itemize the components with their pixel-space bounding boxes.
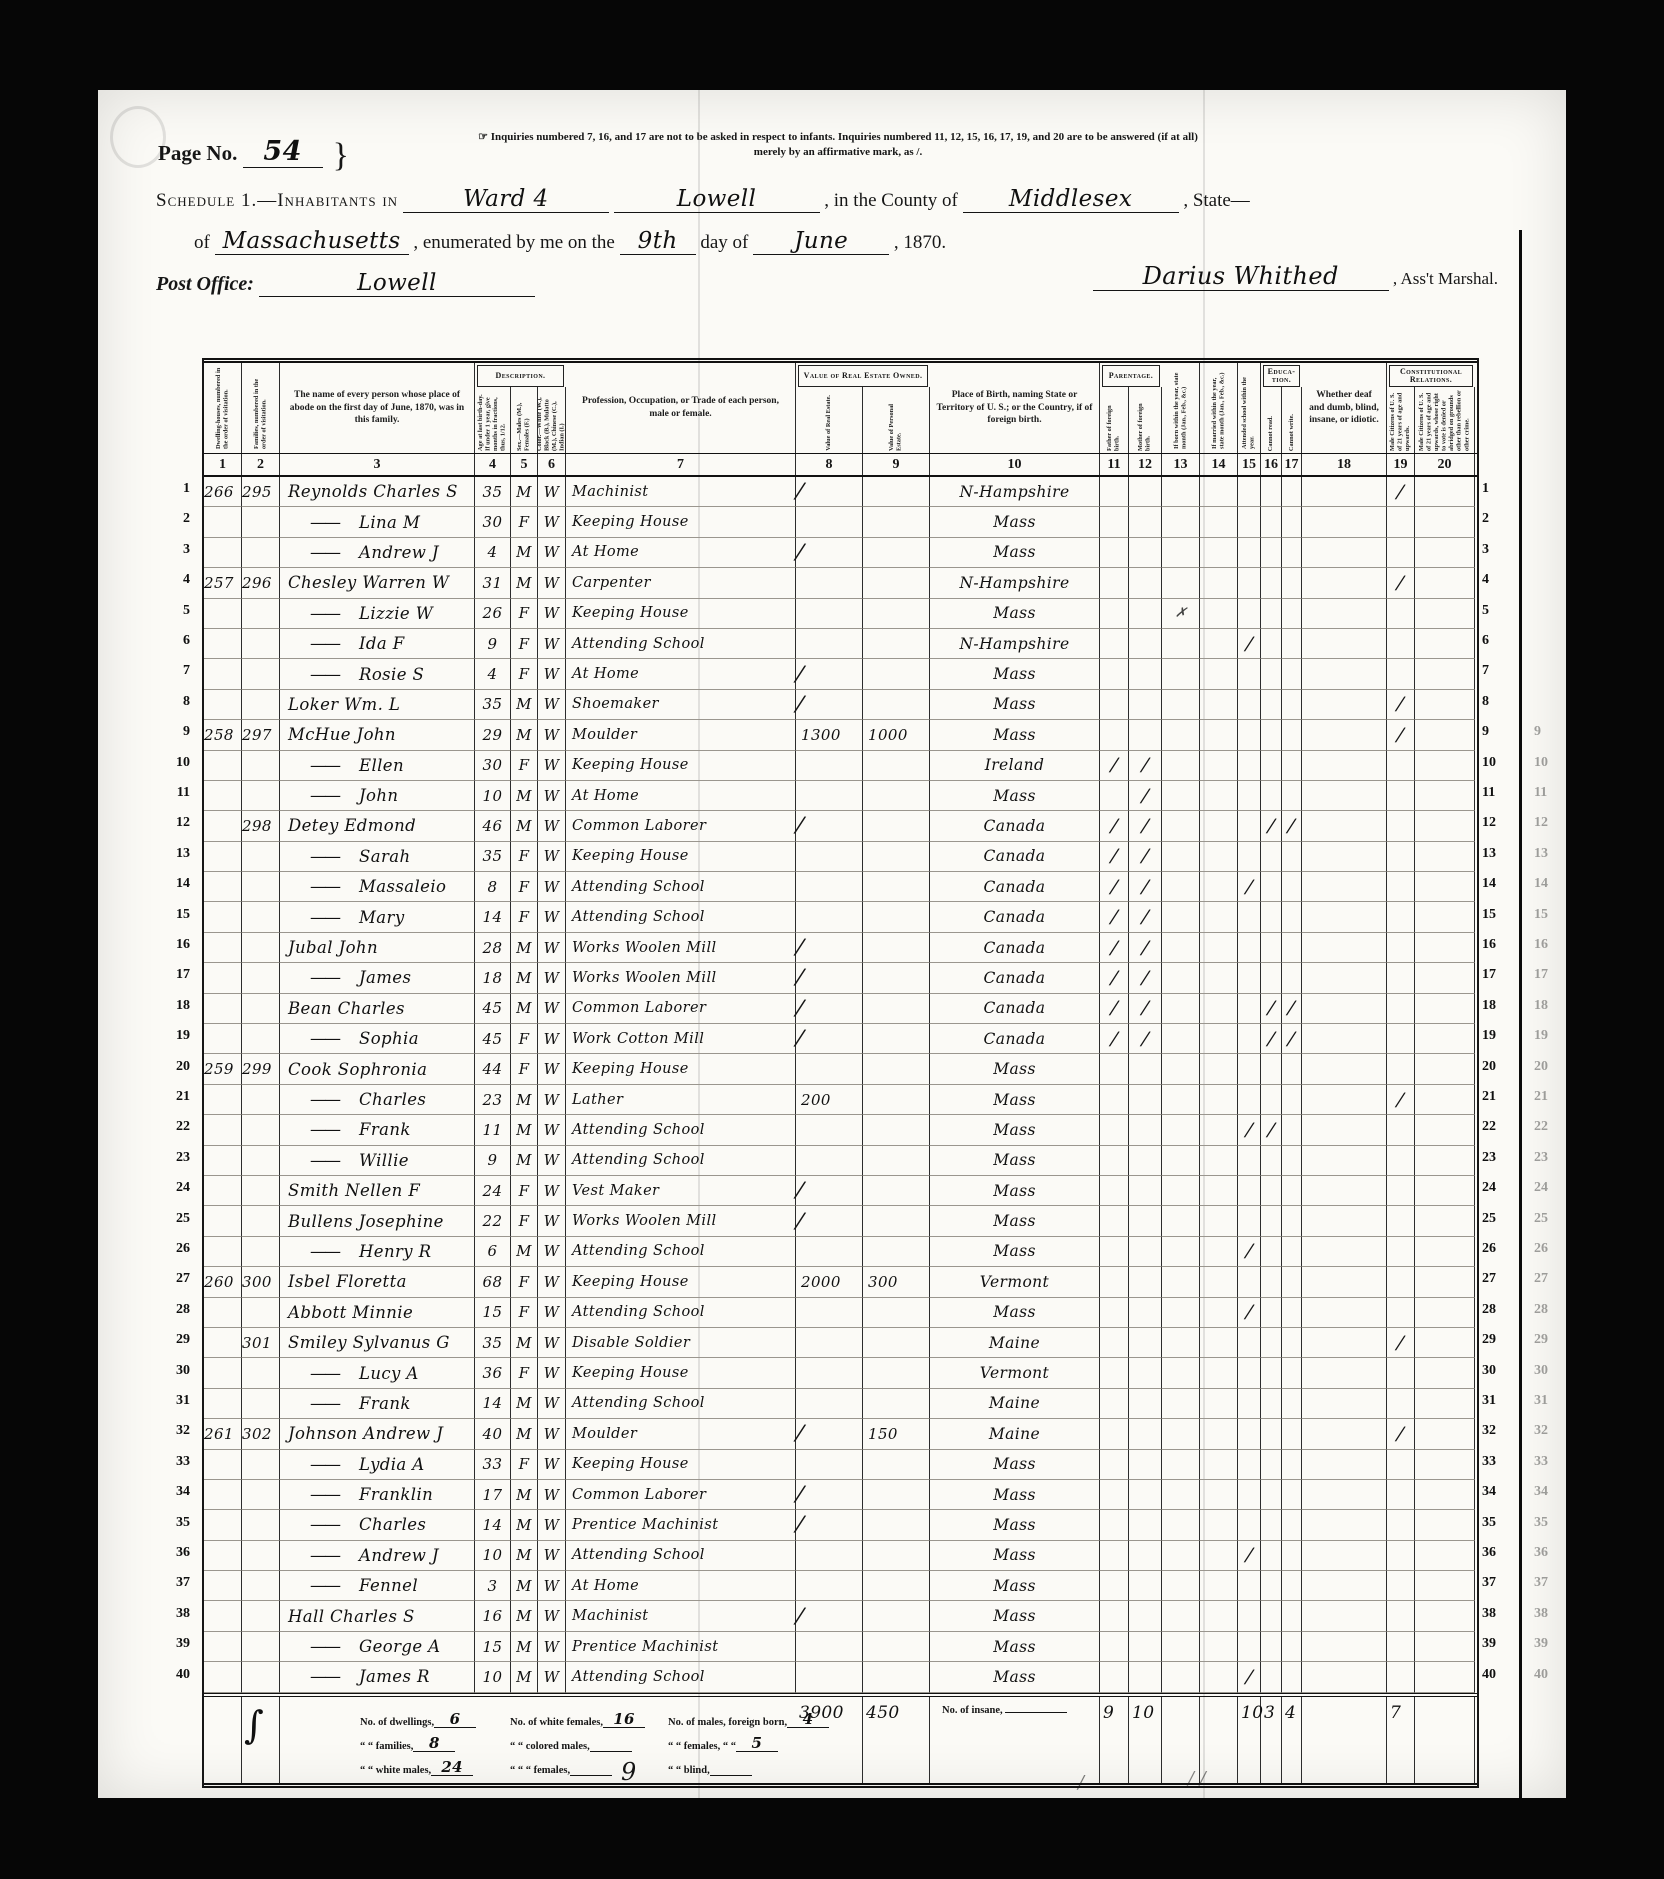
cell-value: W: [544, 1273, 560, 1291]
cell-value: 36: [483, 1364, 503, 1382]
column-heading-cell: If born within the year, state month (Ja…: [1162, 363, 1200, 453]
cell-value: W: [544, 1334, 560, 1352]
table-cell: W: [538, 1054, 566, 1084]
table-cell: [796, 568, 863, 598]
table-cell: [242, 659, 280, 689]
cell-value: W: [544, 1425, 560, 1443]
table-cell: 302: [242, 1419, 280, 1449]
table-cell: [1200, 720, 1238, 750]
cell-value: 258: [204, 726, 234, 744]
table-cell: Hall Charles S: [280, 1601, 475, 1631]
table-cell: 1300: [796, 720, 863, 750]
table-cell: [1100, 1115, 1129, 1145]
table-cell: [204, 751, 242, 781]
row-number-bleed: 25: [1534, 1211, 1568, 1227]
cell-value: Mass: [993, 1151, 1036, 1169]
table-cell: [1162, 1419, 1200, 1449]
table-cell: Attending School: [566, 1115, 796, 1145]
table-cell: [1261, 872, 1282, 902]
table-cell: [204, 1480, 242, 1510]
tally-mark: /: [1396, 480, 1405, 503]
table-cell: [863, 1541, 930, 1571]
table-cell: ——Andrew J: [280, 538, 475, 568]
insane-blank: [1005, 1712, 1067, 1713]
table-cell: 31: [475, 568, 511, 598]
row-number-bleed: 20: [1534, 1059, 1568, 1075]
marshal-name: Darius Whithed: [1143, 262, 1339, 290]
tally-mark: /: [1267, 1027, 1276, 1050]
column-number: 16: [1261, 454, 1282, 475]
table-cell: 30: [475, 751, 511, 781]
table-cell: [1100, 1085, 1129, 1115]
cell-value: Canada: [984, 939, 1046, 957]
column-group-label: Educa-tion.: [1264, 367, 1299, 386]
table-cell: [1415, 872, 1475, 902]
table-cell: [1415, 538, 1475, 568]
column-heading-cell: Profession, Occupation, or Trade of each…: [566, 363, 796, 453]
row-number: 9: [156, 724, 190, 740]
column-group-label: Constitutional Relations.: [1390, 367, 1472, 386]
table-cell: 257: [204, 568, 242, 598]
table-cell: [863, 1358, 930, 1388]
cell-value: W: [544, 726, 560, 744]
cell-value: 6: [488, 1242, 498, 1260]
cell-value: 9: [488, 635, 498, 653]
cell-value: 2000: [796, 1273, 841, 1291]
table-cell: ——Lucy A: [280, 1358, 475, 1388]
table-cell: [863, 690, 930, 720]
marshal-blank: Darius Whithed: [1093, 262, 1389, 291]
cell-value: Attending School: [572, 1243, 705, 1259]
table-cell: /: [1129, 781, 1162, 811]
cell-value: Vermont: [980, 1364, 1049, 1382]
column-number: 15: [1238, 454, 1261, 475]
cell-value: Canada: [984, 878, 1046, 896]
cell-value: Canada: [984, 908, 1046, 926]
table-cell: /: [1238, 1298, 1261, 1328]
cell-value: Common Laborer: [572, 818, 706, 834]
table-cell: 14: [475, 1389, 511, 1419]
summary-blank: [710, 1775, 752, 1776]
table-cell: M: [511, 781, 538, 811]
cell-value: 299: [242, 1060, 272, 1078]
table-cell: ——Lydia A: [280, 1450, 475, 1480]
table-cell: M: [511, 963, 538, 993]
table-cell: [1238, 1480, 1261, 1510]
column-heading: Value of Personal Estate.: [888, 387, 903, 453]
table-cell: [1302, 963, 1387, 993]
cell-value: Cook Sophronia: [288, 1060, 427, 1079]
cell-value: 18: [483, 969, 503, 987]
cell-value: Chesley Warren W: [288, 573, 449, 592]
row-number: 36: [1482, 1545, 1516, 1561]
table-cell: M: [511, 1541, 538, 1571]
table-cell: Mass: [930, 781, 1100, 811]
table-cell: [242, 1298, 280, 1328]
table-cell: F: [511, 902, 538, 932]
table-cell: [1387, 1054, 1415, 1084]
table-cell: [1282, 1237, 1302, 1267]
table-cell: [1200, 842, 1238, 872]
table-cell: [1282, 751, 1302, 781]
cell-value: Prentice Machinist: [572, 1517, 718, 1533]
ditto-dash: ——: [310, 1242, 339, 1261]
table-cell: F: [511, 1267, 538, 1297]
cell-value: Carpenter: [572, 575, 651, 591]
table-cell: [1415, 1237, 1475, 1267]
row-number: 27: [1482, 1271, 1516, 1287]
ditto-dash: ——: [310, 1364, 339, 1383]
cell-value: W: [544, 1182, 560, 1200]
table-cell: /: [796, 811, 863, 841]
table-cell: Attending School: [566, 1237, 796, 1267]
table-cell: [242, 781, 280, 811]
cell-value: Mass: [993, 1182, 1036, 1200]
tally-mark: /: [1245, 1119, 1254, 1142]
table-cell: /: [1387, 720, 1415, 750]
table-cell: [1162, 659, 1200, 689]
cell-value: 14: [483, 908, 503, 926]
table-cell: M: [511, 1328, 538, 1358]
table-cell: /: [1387, 1419, 1415, 1449]
row-number: 18: [156, 998, 190, 1014]
cell-value: Canada: [984, 847, 1046, 865]
table-cell: /: [1238, 1541, 1261, 1571]
inquiry-note: ☞ Inquiries numbered 7, 16, and 17 are n…: [393, 130, 1283, 160]
table-cell: Works Woolen Mill: [566, 963, 796, 993]
table-cell: W: [538, 1206, 566, 1236]
row-number: 36: [156, 1545, 190, 1561]
table-cell: [1302, 1298, 1387, 1328]
table-cell: [1261, 1328, 1282, 1358]
cell-value: Works Woolen Mill: [572, 1213, 717, 1229]
row-number: 2: [156, 511, 190, 527]
ditto-dash: ——: [310, 908, 339, 927]
cell-value: F: [519, 1273, 530, 1291]
table-cell: [1100, 1450, 1129, 1480]
tally-mark: /: [795, 813, 805, 839]
table-cell: Canada: [930, 902, 1100, 932]
table-cell: [863, 1480, 930, 1510]
table-cell: /: [1387, 1085, 1415, 1115]
column-heading-cell: Place of Birth, naming State or Territor…: [930, 363, 1100, 453]
table-cell: /: [796, 1480, 863, 1510]
table-cell: [1162, 690, 1200, 720]
row-number: 10: [156, 755, 190, 771]
cell-value: Shoemaker: [572, 696, 659, 712]
table-cell: [863, 1176, 930, 1206]
table-cell: [863, 1237, 930, 1267]
table-cell: W: [538, 1662, 566, 1692]
cell-value: 296: [242, 574, 272, 592]
table-cell: Mass: [930, 1176, 1100, 1206]
cell-value: Smith Nellen F: [288, 1181, 420, 1200]
table-cell: [1261, 659, 1282, 689]
cell-value: Mass: [993, 695, 1036, 713]
table-cell: 10: [475, 781, 511, 811]
name-value: Lizzie W: [359, 604, 433, 623]
cell-value: 45: [483, 999, 503, 1017]
column-heading: If born within the year, state month (Ja…: [1173, 365, 1188, 451]
name-value: Fennel: [359, 1576, 418, 1595]
table-cell: [863, 1601, 930, 1631]
table-cell: 33: [475, 1450, 511, 1480]
column-heading: Cannot write.: [1288, 412, 1296, 453]
table-cell: /: [796, 1601, 863, 1631]
state-suffix: , State—: [1183, 190, 1250, 211]
table-cell: [1129, 690, 1162, 720]
cell-value: Smiley Sylvanus G: [288, 1333, 450, 1352]
table-cell: Mass: [930, 1298, 1100, 1328]
table-cell: M: [511, 538, 538, 568]
row-number: 21: [156, 1089, 190, 1105]
table-cell: [1162, 1115, 1200, 1145]
table-cell: [1282, 933, 1302, 963]
cell-value: 40: [483, 1425, 503, 1443]
table-cell: Common Laborer: [566, 994, 796, 1024]
table-cell: W: [538, 1480, 566, 1510]
table-cell: 17: [475, 1480, 511, 1510]
table-cell: [1200, 1450, 1238, 1480]
table-cell: Works Woolen Mill: [566, 1206, 796, 1236]
cell-value: F: [519, 604, 530, 622]
row-number: 3: [156, 542, 190, 558]
table-cell: Canada: [930, 963, 1100, 993]
table-cell: [1415, 1176, 1475, 1206]
table-cell: M: [511, 1510, 538, 1540]
cell-value: W: [544, 1060, 560, 1078]
table-cell: W: [538, 751, 566, 781]
table-cell: [1387, 811, 1415, 841]
row-number-bleed: 17: [1534, 967, 1568, 983]
summary-segment: “ “ families, 8: [360, 1736, 510, 1752]
cell-value: 200: [796, 1091, 831, 1109]
cell-value: F: [519, 665, 530, 683]
cell-value: W: [544, 1638, 560, 1656]
cell-value: At Home: [572, 1578, 639, 1594]
table-cell: [1162, 751, 1200, 781]
cell-value: F: [519, 908, 530, 926]
table-cell: [863, 1115, 930, 1145]
table-cell: 26: [475, 599, 511, 629]
table-cell: [1302, 1176, 1387, 1206]
ditto-dash: ——: [310, 665, 339, 684]
table-cell: M: [511, 1601, 538, 1631]
table-cell: /: [1282, 1024, 1302, 1054]
table-cell: W: [538, 690, 566, 720]
table-cell: M: [511, 1571, 538, 1601]
cell-value: 3: [488, 1577, 498, 1595]
table-cell: [1302, 1115, 1387, 1145]
tally-mark: /: [795, 1482, 805, 1508]
table-cell: /: [1282, 811, 1302, 841]
table-cell: [1238, 1085, 1261, 1115]
table-cell: /: [1100, 902, 1129, 932]
table-cell: Mass: [930, 1480, 1100, 1510]
table-cell: Vermont: [930, 1358, 1100, 1388]
table-cell: [1387, 1541, 1415, 1571]
table-cell: [1162, 1510, 1200, 1540]
table-cell: Reynolds Charles S: [280, 477, 475, 507]
cell-value: M: [516, 939, 532, 957]
ditto-dash: ——: [310, 786, 339, 805]
row-number: 6: [156, 633, 190, 649]
table-cell: Mass: [930, 1571, 1100, 1601]
table-cell: M: [511, 690, 538, 720]
cell-value: W: [544, 1516, 560, 1534]
row-number-bleed: 16: [1534, 937, 1568, 953]
row-number-bleed: 10: [1534, 755, 1568, 771]
table-cell: [1129, 1054, 1162, 1084]
table-cell: F: [511, 629, 538, 659]
table-cell: [1387, 1389, 1415, 1419]
enumerated-label: , enumerated by me on the: [413, 232, 615, 253]
table-cell: 1000: [863, 720, 930, 750]
table-cell: [1200, 1176, 1238, 1206]
table-cell: W: [538, 1571, 566, 1601]
cell-value: 150: [863, 1425, 898, 1443]
cell-value: Mass: [993, 1638, 1036, 1656]
table-cell: [863, 1662, 930, 1692]
table-cell: [204, 599, 242, 629]
name-value: Andrew J: [359, 1546, 439, 1565]
summary-blank: 24: [431, 1760, 473, 1776]
table-cell: [1387, 1024, 1415, 1054]
column-group-header: Value of Real Estate Owned.: [798, 365, 928, 387]
table-cell: Canada: [930, 811, 1100, 841]
ditto-dash: ——: [310, 513, 339, 532]
row-number-bleed: 32: [1534, 1423, 1568, 1439]
table-cell: Mass: [930, 1510, 1100, 1540]
table-cell: [1200, 902, 1238, 932]
column-group-label: Description.: [495, 371, 547, 381]
table-cell: ——Massaleio: [280, 872, 475, 902]
cell-value: Mass: [993, 1091, 1036, 1109]
table-header: Description.Value of Real Estate Owned.P…: [204, 358, 1477, 454]
row-number: 13: [156, 846, 190, 862]
cell-value: M: [516, 1091, 532, 1109]
table-cell: W: [538, 902, 566, 932]
ditto-dash: ——: [310, 1485, 339, 1504]
table-cell: [1162, 1450, 1200, 1480]
table-cell: [1129, 1510, 1162, 1540]
tally-mark: /: [1141, 936, 1150, 959]
table-cell: [1387, 933, 1415, 963]
tally-mark: /: [1141, 906, 1150, 929]
cell-value: Maine: [989, 1394, 1040, 1412]
table-cell: [1129, 1328, 1162, 1358]
table-cell: [1415, 1328, 1475, 1358]
row-number: 7: [156, 663, 190, 679]
table-cell: M: [511, 933, 538, 963]
cell-value: M: [516, 1577, 532, 1595]
table-cell: [1162, 811, 1200, 841]
table-cell: 15: [475, 1632, 511, 1662]
table-cell: [242, 1358, 280, 1388]
table-cell: [1100, 1601, 1129, 1631]
table-cell: [863, 933, 930, 963]
name-value: Lydia A: [359, 1455, 425, 1474]
table-cell: [1415, 811, 1475, 841]
of-label: of: [194, 232, 210, 253]
tally-mark: /: [1267, 815, 1276, 838]
table-cell: [1129, 1085, 1162, 1115]
table-cell: W: [538, 781, 566, 811]
table-cell: [863, 1024, 930, 1054]
tally-mark: /: [1141, 875, 1150, 898]
table-cell: [796, 1450, 863, 1480]
table-cell: W: [538, 1024, 566, 1054]
table-cell: [242, 538, 280, 568]
table-cell: /: [796, 963, 863, 993]
table-cell: Mass: [930, 1450, 1100, 1480]
table-cell: ——George A: [280, 1632, 475, 1662]
table-cell: [796, 1571, 863, 1601]
table-cell: [1302, 1450, 1387, 1480]
table-cell: 6: [475, 1237, 511, 1267]
table-cell: [863, 1450, 930, 1480]
column-number: 17: [1282, 454, 1302, 475]
table-cell: /: [1238, 1115, 1261, 1145]
table-cell: [796, 902, 863, 932]
row-number-bleed: 30: [1534, 1363, 1568, 1379]
cell-value: Moulder: [572, 1426, 637, 1442]
table-cell: [1282, 690, 1302, 720]
tally-mark: /: [795, 935, 805, 961]
table-cell: [1302, 507, 1387, 537]
cell-value: 4: [488, 543, 498, 561]
table-cell: [1415, 1632, 1475, 1662]
name-value: Andrew J: [359, 543, 439, 562]
tally-mark: /: [795, 996, 805, 1022]
table-cell: [1415, 1146, 1475, 1176]
table-cell: [863, 629, 930, 659]
table-cell: [1100, 1176, 1129, 1206]
row-number: 8: [156, 694, 190, 710]
table-cell: Mass: [930, 659, 1100, 689]
table-cell: [1162, 1571, 1200, 1601]
row-number: 9: [1482, 724, 1516, 740]
cell-value: 295: [242, 483, 272, 501]
tally-mark: /: [1141, 967, 1150, 990]
tally-mark: /: [1396, 693, 1405, 716]
table-cell: N-Hampshire: [930, 568, 1100, 598]
table-cell: ——John: [280, 781, 475, 811]
row-number: 17: [1482, 967, 1516, 983]
table-cell: Mass: [930, 1541, 1100, 1571]
table-cell: [1238, 1146, 1261, 1176]
table-cell: [1387, 963, 1415, 993]
table-cell: 300: [242, 1267, 280, 1297]
schedule-line-2: of Massachusetts , enumerated by me on t…: [194, 228, 1394, 255]
row-number: 26: [156, 1241, 190, 1257]
cell-value: Loker Wm. L: [288, 695, 400, 714]
inquiry-line-1: ☞ Inquiries numbered 7, 16, and 17 are n…: [393, 130, 1283, 145]
table-cell: [1302, 781, 1387, 811]
cell-value: M: [516, 483, 532, 501]
name-value: Charles: [359, 1090, 426, 1109]
tally-mark: /: [795, 1208, 805, 1234]
cell-value: Reynolds Charles S: [288, 482, 458, 501]
ditto-dash: ——: [310, 1151, 339, 1170]
page-no-value: 54: [263, 136, 301, 167]
table-cell: /: [1129, 811, 1162, 841]
table-cell: 301: [242, 1328, 280, 1358]
cell-value: Mass: [993, 787, 1036, 805]
summary-row: ∫No. of dwellings, 6No. of white females…: [204, 1693, 1477, 1788]
table-cell: [1162, 477, 1200, 507]
table-cell: [796, 1298, 863, 1328]
